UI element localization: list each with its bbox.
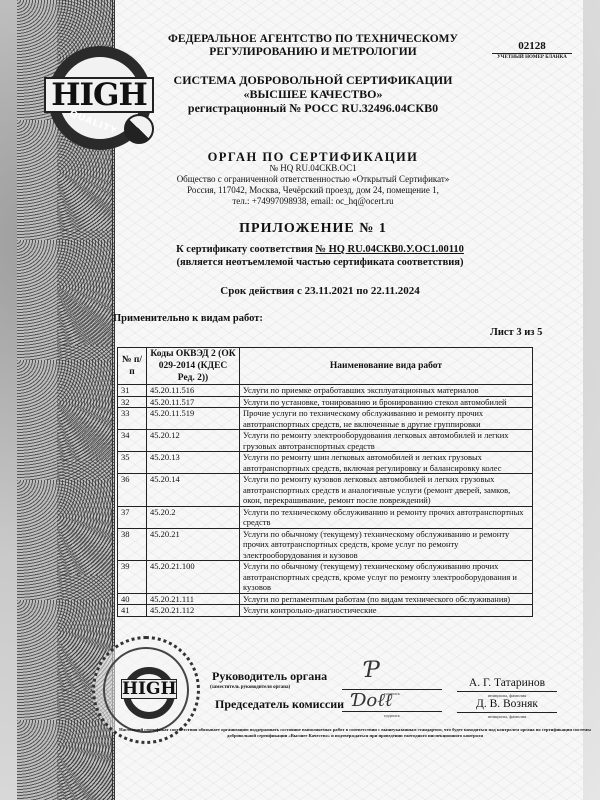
row-name: Услуги по установке, тонированию и брони… [240, 396, 533, 408]
row-code: 45.20.12 [147, 430, 240, 452]
row-code: 45.20.21 [147, 528, 240, 561]
sheet-number: Лист 3 из 5 [490, 327, 542, 338]
row-number: 38 [118, 528, 147, 561]
row-name: Услуги по регламентным работам (по видам… [240, 593, 533, 605]
organ-contacts: тел.: +74997098938, email: oc_hq@ocert.r… [153, 196, 473, 207]
appendix-title: ПРИЛОЖЕНИЕ № 1 [153, 221, 473, 237]
blank-number-caption: УЧЕТНЫЙ НОМЕР БЛАНКА [492, 55, 572, 60]
organ-company: Общество с ограниченной ответственностью… [153, 174, 473, 185]
row-name: Услуги по приемке отработавших эксплуата… [240, 385, 533, 397]
head-signature: Ƥ [365, 658, 380, 683]
row-number: 33 [118, 408, 147, 430]
header-name: Наименование вида работ [240, 348, 533, 385]
footnote: Настоящий сертификат соответствия обязыв… [115, 727, 595, 739]
table-row: 4045.20.21.111Услуги по регламентным раб… [118, 593, 533, 605]
chair-sign-caption: подпись [342, 713, 442, 718]
table-row: 3445.20.12Услуги по ремонту электрообору… [118, 430, 533, 452]
organ-details: № HQ RU.04СКВ.ОС1 Общество с ограниченно… [153, 163, 473, 207]
chair-label: Председатель комиссии [215, 697, 344, 712]
chair-name-line [457, 712, 557, 713]
head-label: Руководитель органа [212, 669, 327, 684]
row-number: 31 [118, 385, 147, 397]
row-code: 45.20.11.517 [147, 396, 240, 408]
stamp-word: HIGH [121, 679, 177, 699]
row-code: 45.20.14 [147, 474, 240, 507]
certification-system: СИСТЕМА ДОБРОВОЛЬНОЙ СЕРТИФИКАЦИИ «ВЫСШЕ… [143, 73, 483, 115]
certificate-reference: К сертификату соответствия № HQ RU.04СКВ… [130, 243, 510, 269]
row-code: 45.20.13 [147, 452, 240, 474]
row-number: 41 [118, 605, 147, 617]
row-code: 45.20.2 [147, 506, 240, 528]
system-line-3: регистрационный № РОСС RU.32496.04СКВ0 [143, 101, 483, 115]
logo-word: HIGH [44, 77, 154, 113]
row-name: Услуги по техническому обслуживанию и ре… [240, 506, 533, 528]
validity-period: Срок действия с 23.11.2021 по 22.11.2024 [130, 285, 510, 297]
row-name: Услуги по ремонту электрооборудования ле… [240, 430, 533, 452]
row-name: Услуги по ремонту шин легковых автомобил… [240, 452, 533, 474]
head-sub-label: (заместитель руководителя органа) [210, 685, 290, 690]
table-row: 4145.20.21.112Услуги контрольно-диагност… [118, 605, 533, 617]
table-row: 3145.20.11.516Услуги по приемке отработа… [118, 385, 533, 397]
cert-note: (является неотъемлемой частью сертификат… [130, 256, 510, 269]
row-name: Услуги контрольно-диагностические [240, 605, 533, 617]
row-name: Услуги по обычному (текущему) техническо… [240, 528, 533, 561]
head-name: А. Г. Татаринов [452, 677, 562, 689]
row-name: Прочие услуги по техническому обслуживан… [240, 408, 533, 430]
head-name-line [457, 691, 557, 692]
logo-ball-icon [124, 114, 154, 144]
agency-name: ФЕДЕРАЛЬНОЕ АГЕНТСТВО ПО ТЕХНИЧЕСКОМУ РЕ… [143, 33, 483, 59]
row-number: 36 [118, 474, 147, 507]
works-table: № п/п Коды ОКВЭД 2 (ОК 029-2014 (КДЕС Ре… [117, 347, 533, 617]
row-number: 40 [118, 593, 147, 605]
table-row: 3645.20.14Услуги по ремонту кузовов легк… [118, 474, 533, 507]
system-line-2: «ВЫСШЕЕ КАЧЕСТВО» [143, 87, 483, 101]
header-code: Коды ОКВЭД 2 (ОК 029-2014 (КДЕС Ред. 2)) [147, 348, 240, 385]
blank-number-value: 02128 [492, 40, 572, 54]
applicable-label: Применительно к видам работ: [113, 313, 263, 324]
blank-number: 02128 УЧЕТНЫЙ НОМЕР БЛАНКА [492, 40, 572, 60]
chair-signature: Ɗoℓℓ [352, 690, 392, 711]
table-row: 3745.20.2Услуги по техническому обслужив… [118, 506, 533, 528]
high-quality-logo-icon: HIGH QUALITY [42, 40, 152, 150]
table-header-row: № п/п Коды ОКВЭД 2 (ОК 029-2014 (КДЕС Ре… [118, 348, 533, 385]
row-code: 45.20.11.516 [147, 385, 240, 397]
cert-number: № HQ RU.04СКВ0.У.ОС1.00110 [315, 244, 464, 255]
header-number: № п/п [118, 348, 147, 385]
row-name: Услуги по ремонту кузовов легковых автом… [240, 474, 533, 507]
organ-address: Россия, 117042, Москва, Чечёрский проезд… [153, 185, 473, 196]
row-number: 32 [118, 396, 147, 408]
cert-prefix: К сертификату соответствия [176, 244, 315, 255]
row-code: 45.20.11.519 [147, 408, 240, 430]
table-row: 3845.20.21Услуги по обычному (текущему) … [118, 528, 533, 561]
row-number: 34 [118, 430, 147, 452]
table-row: 3345.20.11.519Прочие услуги по техническ… [118, 408, 533, 430]
row-number: 39 [118, 561, 147, 594]
row-name: Услуги по обычному (текущему) техническо… [240, 561, 533, 594]
organ-number: № HQ RU.04СКВ.ОС1 [153, 163, 473, 174]
chair-name-caption: инициалы, фамилия [457, 714, 557, 719]
chair-sign-line [342, 711, 442, 712]
row-number: 37 [118, 506, 147, 528]
row-number: 35 [118, 452, 147, 474]
table-row: 3945.20.21.100Услуги по обычному (текуще… [118, 561, 533, 594]
system-line-1: СИСТЕМА ДОБРОВОЛЬНОЙ СЕРТИФИКАЦИИ [143, 73, 483, 87]
row-code: 45.20.21.112 [147, 605, 240, 617]
row-code: 45.20.21.111 [147, 593, 240, 605]
table-row: 3545.20.13Услуги по ремонту шин легковых… [118, 452, 533, 474]
table-row: 3245.20.11.517Услуги по установке, тонир… [118, 396, 533, 408]
chair-name: Д. В. Возняк [452, 698, 562, 710]
row-code: 45.20.21.100 [147, 561, 240, 594]
